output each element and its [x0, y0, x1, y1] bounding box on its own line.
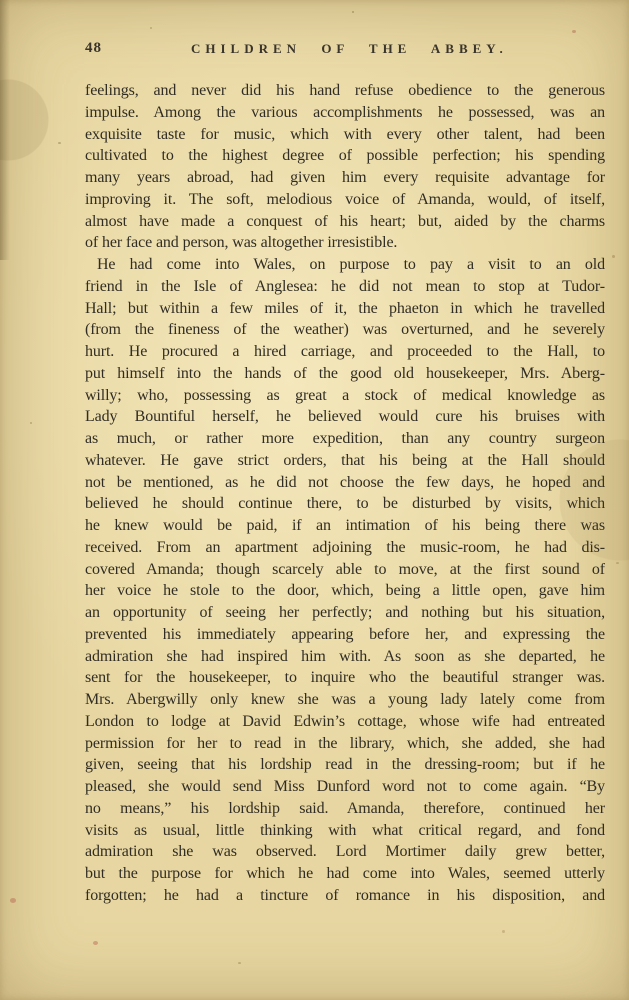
text-line: He had come into Wales, on purpose to pa…	[85, 254, 605, 276]
text-line: Hall; but within a few miles of it, the …	[85, 298, 605, 320]
text-line: received. From an apartment adjoining th…	[85, 537, 605, 559]
text-line: prevented his immediately appearing befo…	[85, 624, 605, 646]
text-line: London to lodge at David Edwin’s cottage…	[85, 711, 605, 733]
page-header: 48 CHILDREN OF THE ABBEY.	[0, 38, 629, 60]
text-line: admiration she had inspired him with. As…	[85, 646, 605, 668]
text-line: visits as usual, little thinking with wh…	[85, 820, 605, 842]
text-line: not be mentioned, as he did not choose t…	[85, 472, 605, 494]
text-line: forgotten; he had a tincture of romance …	[85, 885, 605, 907]
text-line: covered Amanda; though scarcely able to …	[85, 559, 605, 581]
text-line: improving it. The soft, melodious voice …	[85, 189, 605, 211]
text-line: believed he should continue there, to be…	[85, 493, 605, 515]
paper-speck	[238, 962, 241, 964]
text-line: Mrs. Abergwilly only knew she was a youn…	[85, 689, 605, 711]
text-line: cultivated to the highest degree of poss…	[85, 145, 605, 167]
paper-speck	[612, 255, 615, 258]
text-line: friend in the Isle of Anglesea: he did n…	[85, 276, 605, 298]
paper-speck	[502, 930, 505, 933]
running-title: CHILDREN OF THE ABBEY.	[191, 41, 508, 57]
paper-speck	[58, 142, 61, 144]
text-line: of her face and person, was altogether i…	[85, 232, 605, 254]
text-line: almost have made a conquest of his heart…	[85, 211, 605, 233]
text-line: many years abroad, had given him every r…	[85, 167, 605, 189]
text-line: sent for the housekeeper, to inquire who…	[85, 667, 605, 689]
text-line: willy; who, possessing as great a stock …	[85, 385, 605, 407]
text-line: as much, or rather more expedition, than…	[85, 428, 605, 450]
paper-speck	[30, 422, 32, 424]
paper-speck	[150, 27, 152, 29]
paper-speck	[572, 30, 576, 33]
text-line: (from the fineness of the weather) was o…	[85, 319, 605, 341]
text-line: permission for her to read in the librar…	[85, 733, 605, 755]
book-page: 48 CHILDREN OF THE ABBEY. feelings, and …	[0, 0, 629, 1000]
text-line: but the purpose for which he had come in…	[85, 863, 605, 885]
text-line: exquisite taste for music, which with ev…	[85, 124, 605, 146]
text-line: whatever. He gave strict orders, that hi…	[85, 450, 605, 472]
text-line: admiration she was observed. Lord Mortim…	[85, 841, 605, 863]
text-line: her voice he stole to the door, which, b…	[85, 580, 605, 602]
body-text: feelings, and never did his hand refuse …	[85, 80, 605, 907]
paper-speck	[616, 562, 619, 564]
text-line: put himself into the hands of the good o…	[85, 363, 605, 385]
paper-speck	[352, 11, 354, 13]
paper-speck	[10, 898, 16, 903]
paper-speck	[93, 941, 98, 945]
text-line: pleased, she would send Miss Dunford wor…	[85, 776, 605, 798]
text-line: impulse. Among the various accomplishmen…	[85, 102, 605, 124]
text-line: hurt. He procured a hired carriage, and …	[85, 341, 605, 363]
page-number: 48	[85, 40, 102, 57]
text-line: given, seeing that his lordship read in …	[85, 754, 605, 776]
text-line: he knew would be paid, if an intimation …	[85, 515, 605, 537]
text-line: no means,” his lordship said. Amanda, th…	[85, 798, 605, 820]
text-line: feelings, and never did his hand refuse …	[85, 80, 605, 102]
text-line: Lady Bountiful herself, he believed woul…	[85, 406, 605, 428]
text-line: an opportunity of seeing her perfectly; …	[85, 602, 605, 624]
